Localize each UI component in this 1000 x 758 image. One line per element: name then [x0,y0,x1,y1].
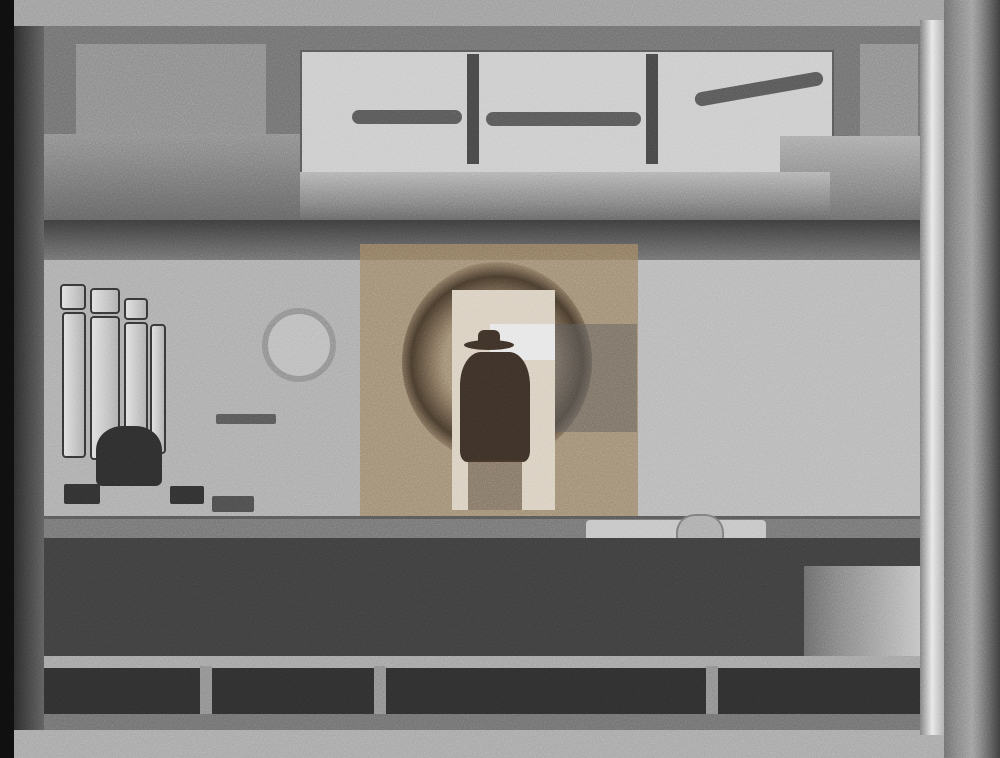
wall-shelf-item [216,414,276,424]
bottle-top [60,284,86,310]
film-border-bottom [0,730,1000,758]
cowboy-hat-brim [464,340,514,350]
floor-band [44,714,920,730]
sign-tube [352,110,462,124]
sign-tube [486,112,641,126]
counter-base [44,668,920,716]
ceiling-soffit-left [44,134,304,234]
bottle [62,312,86,458]
rail-post [200,666,212,714]
rail-post [374,666,386,714]
bottle-top [90,288,120,314]
ceiling-panel-right [860,44,918,136]
film-border-top [0,0,1000,26]
bottle-top [124,298,148,320]
inset-gap [555,324,637,432]
bar-counter-front [44,538,920,662]
bar-object [170,486,204,504]
film-edge-left [14,26,44,730]
film-border-right [944,0,1000,758]
photograph [0,0,1000,758]
bar-object [64,484,100,504]
film-border-left [0,0,14,758]
bar-object [212,496,254,512]
counter-highlight [804,566,920,656]
wall-emblem [262,308,336,382]
rail-post [706,666,718,714]
bar-object [96,426,162,486]
cowboy-silhouette [460,352,530,462]
cowboy-legs [468,460,522,510]
foot-rail [44,656,920,668]
sign-divider [467,54,479,164]
ceiling-panel-left [76,44,266,136]
film-edge-right [920,20,944,735]
sign-divider [646,54,658,164]
